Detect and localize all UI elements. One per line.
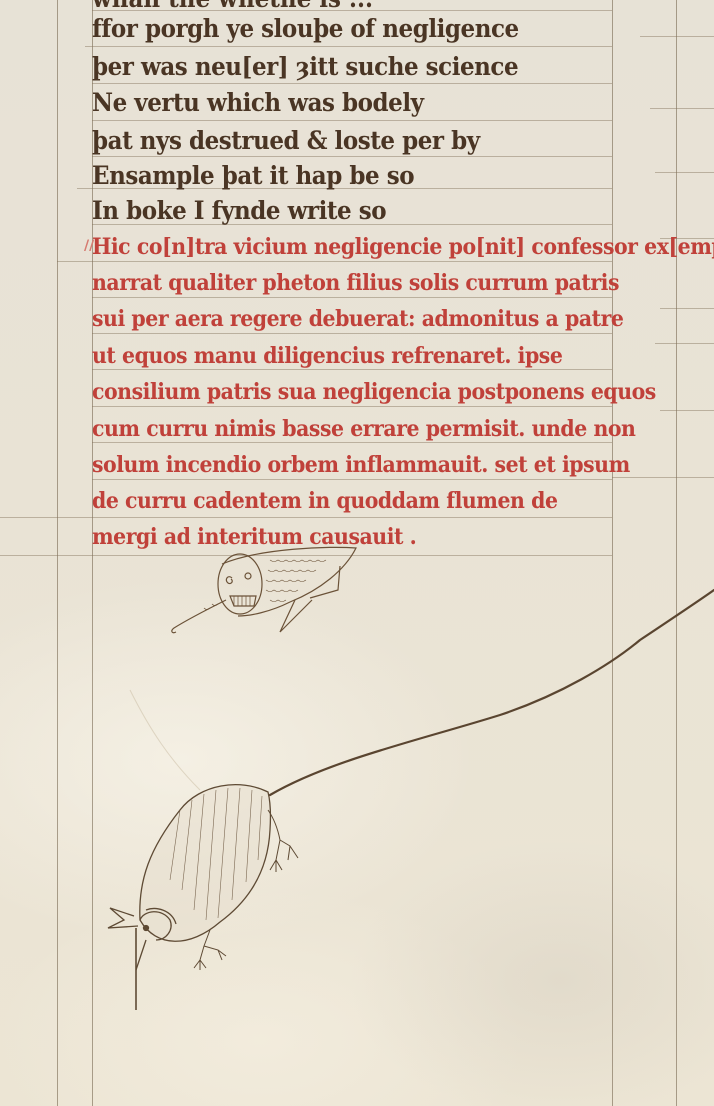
bird-drawing-icon [100, 770, 320, 1020]
manuscript-page: whan the whethe is ... ffor porgh ye slo… [0, 0, 714, 1106]
